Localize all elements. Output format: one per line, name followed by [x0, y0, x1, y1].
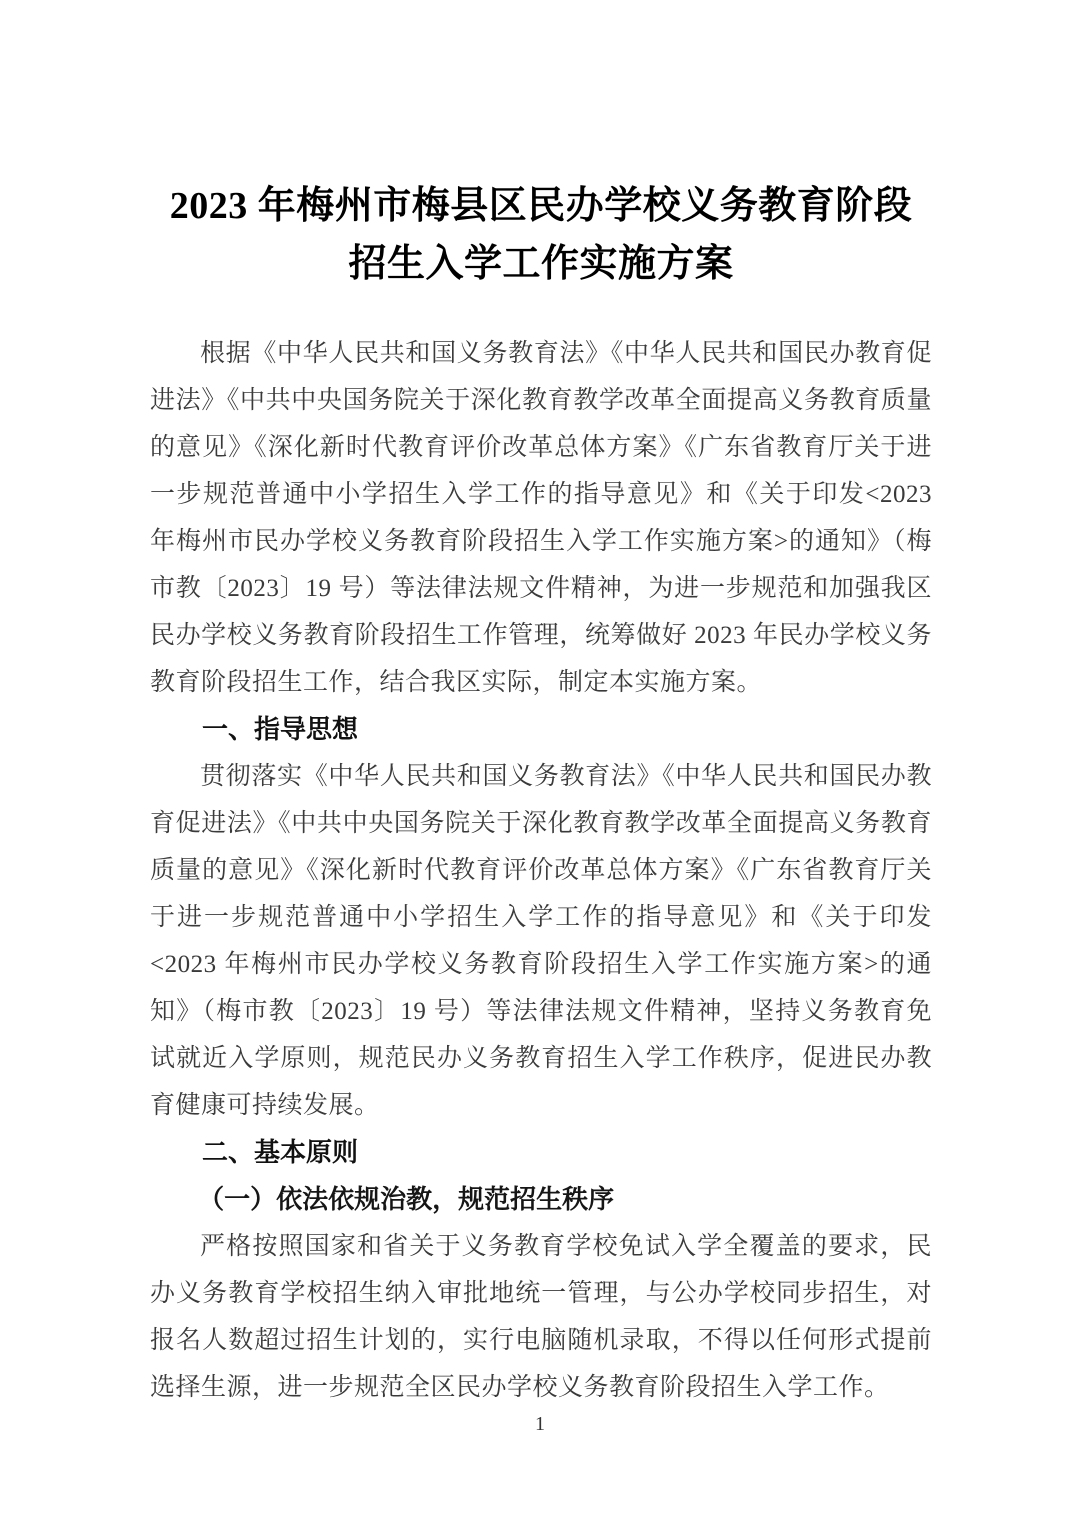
paragraph-legal-basis: 根据《中华人民共和国义务教育法》《中华人民共和国民办教育促进法》《中共中央国务院… [150, 330, 932, 706]
subheading-lawful-enrollment-order: （一）依法依规治教，规范招生秩序 [150, 1176, 932, 1223]
heading-basic-principles: 二、基本原则 [150, 1129, 932, 1176]
paragraph-guiding-ideology: 贯彻落实《中华人民共和国义务教育法》《中华人民共和国民办教育促进法》《中共中央国… [150, 753, 932, 1129]
heading-guiding-ideology: 一、指导思想 [150, 706, 932, 753]
document-content: 2023 年梅州市梅县区民办学校义务教育阶段招生入学工作实施方案 根据《中华人民… [150, 178, 932, 1411]
paragraph-lawful-enrollment-order: 严格按照国家和省关于义务教育学校免试入学全覆盖的要求，民办义务教育学校招生纳入审… [150, 1223, 932, 1411]
page-number: 1 [0, 1413, 1080, 1436]
document-page: 2023 年梅州市梅县区民办学校义务教育阶段招生入学工作实施方案 根据《中华人民… [0, 0, 1080, 1527]
document-title: 2023 年梅州市梅县区民办学校义务教育阶段招生入学工作实施方案 [150, 178, 932, 294]
